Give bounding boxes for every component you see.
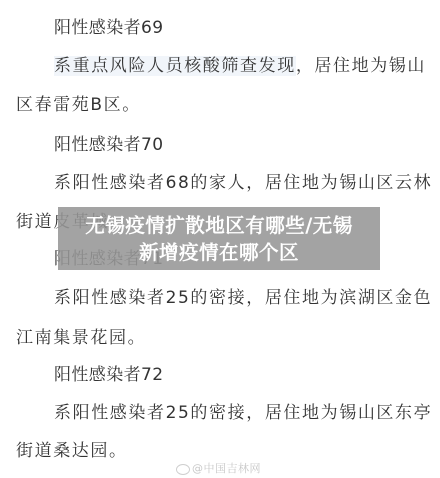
case-heading-72: 阳性感染者72 bbox=[54, 365, 163, 385]
overlay-title-line2: 新增疫情在哪个区 bbox=[58, 239, 380, 266]
source-watermark: @中国吉林网 bbox=[176, 460, 261, 476]
case-heading-70: 阳性感染者70 bbox=[54, 135, 163, 155]
overlay-title: 无锡疫情扩散地区有哪些/无锡 新增疫情在哪个区 bbox=[58, 212, 380, 266]
case-heading-69: 阳性感染者69 bbox=[54, 18, 163, 38]
watermark-text: @中国吉林网 bbox=[192, 462, 261, 475]
case-detail-70: 系阳性感染者68的家人，居住地为锡山区云林 bbox=[54, 173, 432, 193]
case-detail-72-continuation: 街道桑达园。 bbox=[16, 441, 128, 461]
case-detail-71-continuation: 江南集景花园。 bbox=[16, 328, 146, 348]
case-detail-69: 系重点风险人员核酸筛查发现，居住地为锡山 bbox=[54, 56, 426, 76]
case-detail-69-continuation: 区春雷苑B区。 bbox=[16, 95, 141, 115]
case-detail-69-rest: ，居住地为锡山 bbox=[296, 56, 426, 76]
case-detail-71: 系阳性感染者25的密接，居住地为滨湖区金色 bbox=[54, 288, 432, 308]
case-detail-72: 系阳性感染者25的密接，居住地为锡山区东亭 bbox=[54, 403, 432, 423]
highlighted-text: 系重点风险人员核酸筛查发现 bbox=[54, 56, 296, 76]
overlay-title-line1: 无锡疫情扩散地区有哪些/无锡 bbox=[58, 212, 380, 239]
weibo-icon bbox=[176, 464, 190, 475]
title-overlay: 无锡疫情扩散地区有哪些/无锡 新增疫情在哪个区 bbox=[58, 207, 380, 270]
